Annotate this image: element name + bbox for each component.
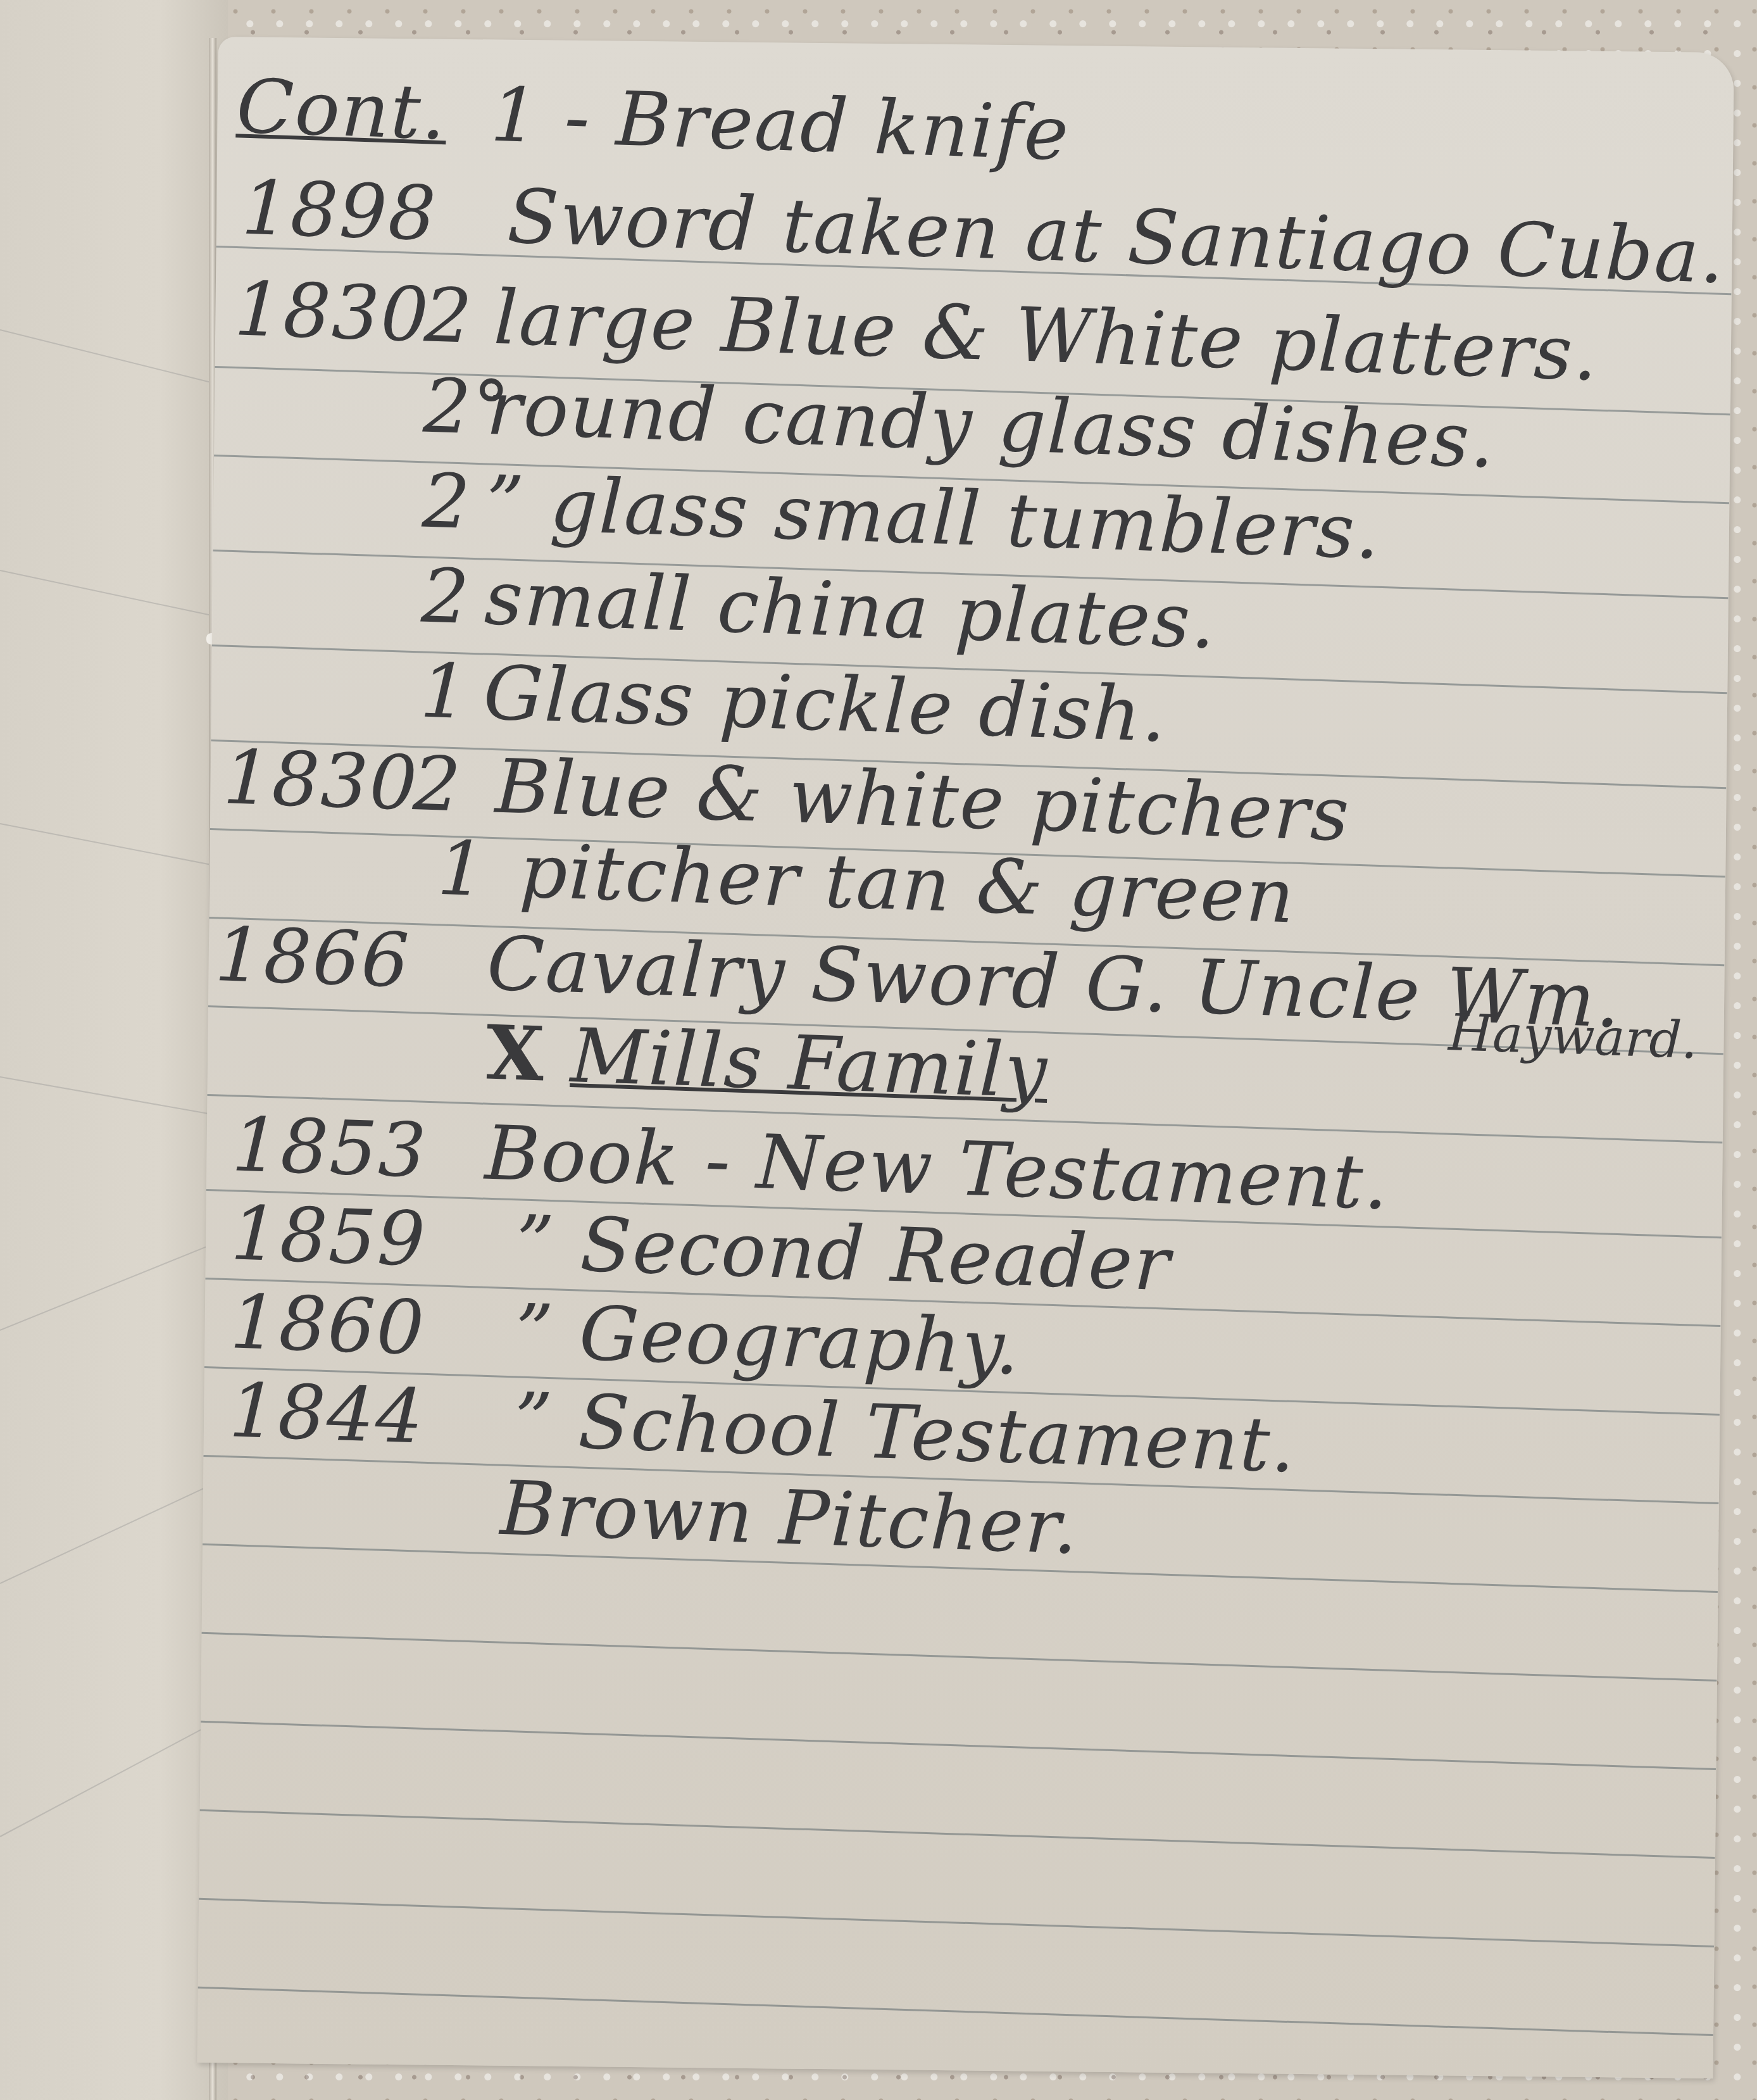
entry-year: 1866 <box>214 910 489 1007</box>
entry-text: ” Geography. <box>513 1287 1022 1391</box>
entry-quantity: 1 <box>419 646 485 736</box>
faint-ruled-line <box>0 1487 207 1584</box>
entry-year: 1859 <box>230 1189 517 1286</box>
heading-line: Cont. 1 - Bread knife <box>235 62 1072 177</box>
list-item: 1844” School Testament. <box>228 1366 1297 1489</box>
entry-quantity: 2° <box>422 362 489 451</box>
left-facing-page <box>0 0 228 2100</box>
list-item: 2small china plates. <box>420 551 1217 665</box>
entry-text: small china plates. <box>483 554 1217 665</box>
list-item: Brown Pitcher. <box>499 1464 1080 1571</box>
faint-ruled-line <box>0 1729 201 1837</box>
faint-ruled-line <box>0 1244 211 1331</box>
entry-year: 1844 <box>228 1366 515 1463</box>
list-item: XMills Family <box>485 1009 1049 1115</box>
faint-ruled-line <box>0 570 223 619</box>
entry-year: 1860 <box>228 1278 516 1374</box>
cont-label: Cont. <box>235 62 449 156</box>
handwritten-list: Cont. 1 - Bread knife 1898Sword taken at… <box>197 37 1734 2078</box>
entry-quantity: 2 <box>421 456 487 546</box>
entry-quantity: 2 <box>423 271 496 361</box>
bread-knife-item: 1 - Bread knife <box>489 71 1071 177</box>
faint-ruled-line <box>0 1076 225 1117</box>
entry-quantity: 2 <box>411 739 497 829</box>
entry-text: Glass pickle dish. <box>482 649 1168 759</box>
entry-year: 1830 <box>233 265 425 358</box>
entry-text: Brown Pitcher. <box>499 1464 1080 1571</box>
faint-ruled-line <box>0 823 224 868</box>
list-item: 1Glass pickle dish. <box>419 646 1168 758</box>
entry-quantity: 2 <box>420 551 486 641</box>
entry-quantity: 1 <box>436 824 522 914</box>
entry-text: Mills Family <box>569 1012 1049 1115</box>
entry-year: 1898 <box>241 163 509 260</box>
x-mark-icon: X <box>485 1009 547 1098</box>
notebook-page: Cont. 1 - Bread knife 1898Sword taken at… <box>197 37 1734 2078</box>
entry-year: 1830 <box>222 733 414 827</box>
faint-ruled-line <box>0 329 222 386</box>
hayward-annotation: Hayward. <box>1447 1003 1699 1070</box>
entry-year: 1853 <box>230 1100 486 1196</box>
